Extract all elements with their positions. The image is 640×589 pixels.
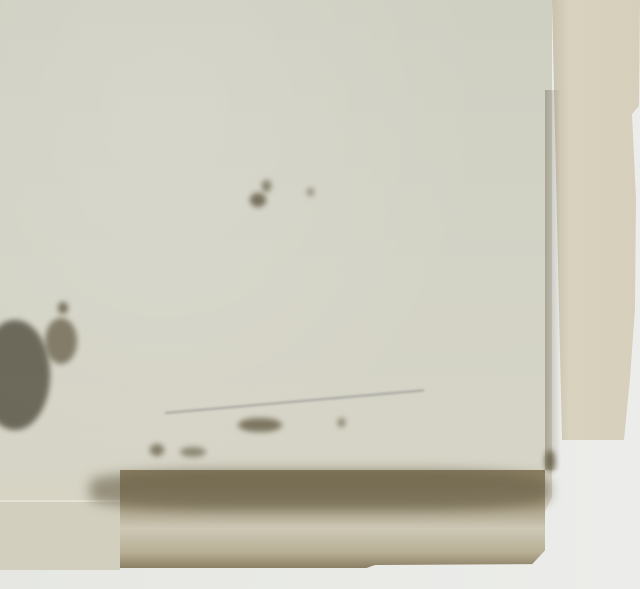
stain-dot xyxy=(150,444,164,456)
stain-blob xyxy=(45,318,77,364)
stain-smear xyxy=(238,418,282,432)
stain-dot xyxy=(58,302,68,314)
stain-dot xyxy=(262,180,271,192)
stain-edge-right xyxy=(545,450,555,472)
fold-shadow xyxy=(545,90,561,470)
stain-dot xyxy=(250,193,266,207)
stain-band xyxy=(90,470,550,510)
stain-dot xyxy=(307,188,314,196)
paper-bottom-edge-left xyxy=(0,500,120,570)
stain-dot xyxy=(180,447,206,457)
stain-dot xyxy=(338,418,345,427)
